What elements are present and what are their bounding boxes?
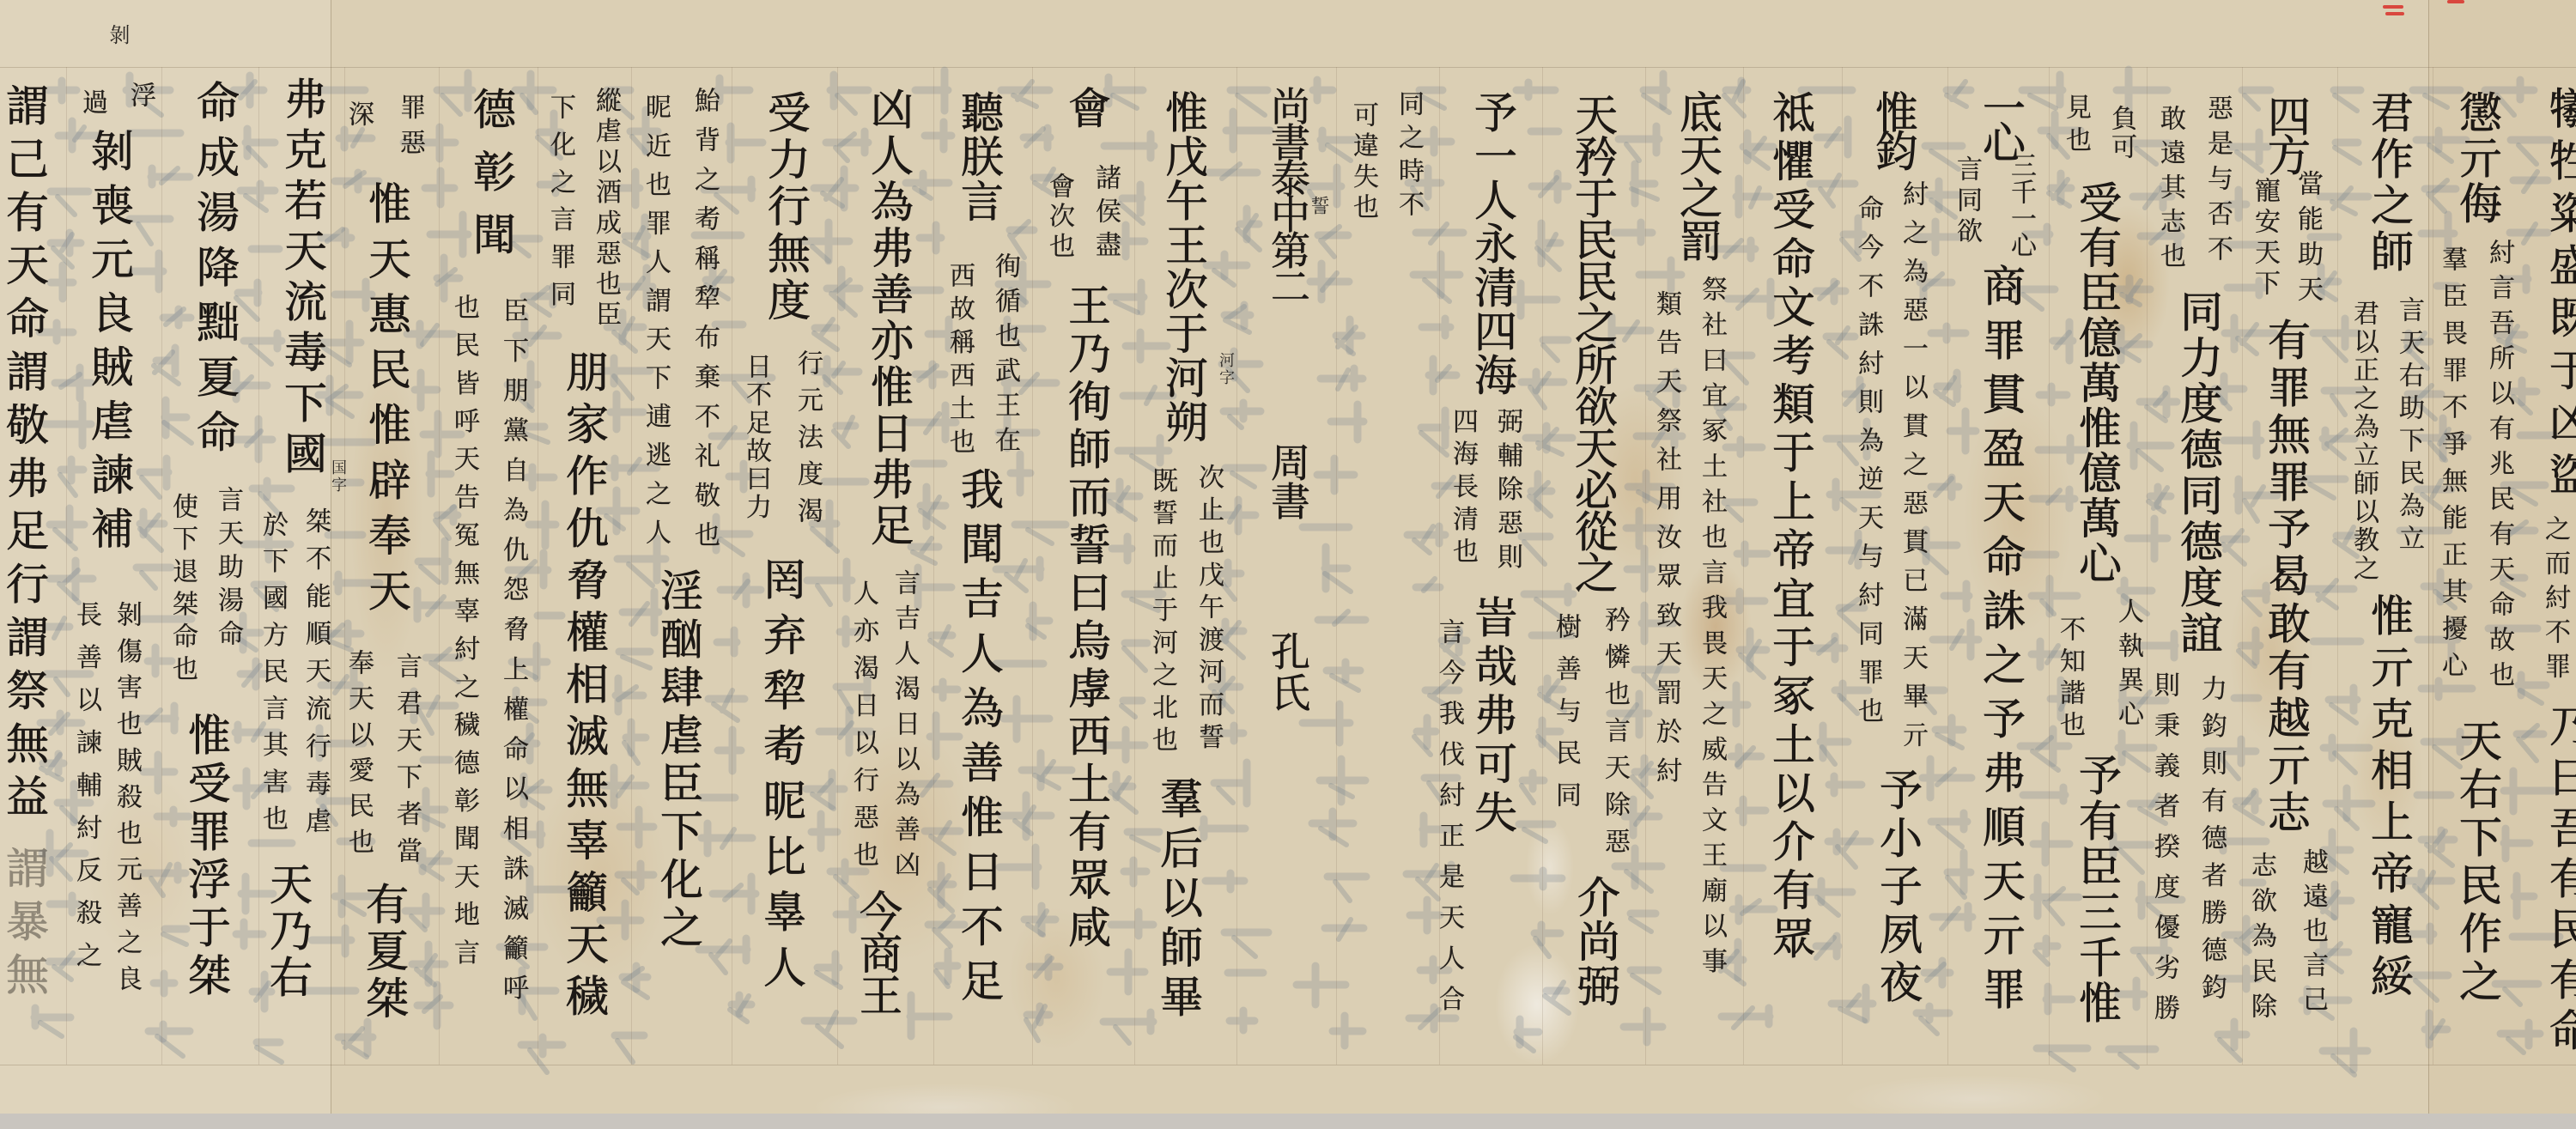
marginal-gloss: 河字	[1218, 352, 1233, 386]
commentary-right-line: 祭社曰宜冢土社也言我畏天之威告文王廟以事	[1698, 276, 1724, 983]
main-text-faded: 謂暴無	[3, 846, 46, 1005]
commentary-left-line: 使下退桀命也	[169, 493, 195, 688]
commentator-label: 孔氏	[1268, 631, 1308, 713]
main-text: 王乃徇師而誓曰烏虖西土有眾咸	[1065, 283, 1108, 953]
commentary-right-line: 桀不能順天流行毒虐	[302, 507, 328, 845]
manuscript-scroll: 犧牲粢盛既于凶盜 之而紂不罪 乃曰吾有民有命 懲亓侮 紂言吾所以有兆民有天命故也…	[0, 0, 2576, 1129]
commentary-left-line: 敢遠其志也	[2157, 105, 2183, 276]
column-ruling-line	[1134, 67, 1135, 1065]
main-text: 惟天惠民惟辟奉天	[365, 181, 408, 623]
main-text: 乃曰吾有民有命	[2546, 704, 2576, 1059]
commentary-right-line: 越遠也言己	[2300, 848, 2325, 1020]
commentary-right-line: 罪惡	[397, 94, 422, 164]
commentary-right-line: 諸侯盡	[1092, 164, 1118, 264]
column-ruling-line	[2242, 67, 2243, 1065]
commentary-left-line: 類告天祭社用汝眾致天罰於紂	[1653, 290, 1679, 796]
commentary-right-line: 行元法度渴	[794, 349, 820, 534]
main-text: 惟鈞	[1872, 90, 1915, 167]
column-ruling-line	[538, 67, 538, 1065]
commentary-right-line: 剝傷害也賊殺也元善之良	[113, 601, 139, 1001]
main-text: 受有臣億萬惟億萬心	[2075, 180, 2118, 586]
main-text: 有罪無罪予曷敢有越亓志	[2264, 318, 2307, 837]
main-text: 惟亓克相上帝寵綏	[2367, 593, 2410, 1005]
chapter-title: 尚書泰中第二	[1268, 86, 1308, 302]
column-ruling-line	[631, 67, 632, 1065]
commentary-left-line: 四海長清也	[1449, 408, 1475, 570]
main-text: 介尚弼	[1574, 875, 1617, 1008]
commentary-right-line: 弼輔除惡則	[1494, 408, 1520, 577]
column-ruling-line	[2049, 67, 2050, 1065]
commentary-right-line: 惡是与否不	[2204, 94, 2230, 270]
column-ruling-line	[1743, 67, 1744, 1065]
main-text: 峕哉弗可失	[1471, 595, 1514, 839]
commentary-right-line: 人執異心	[2115, 598, 2141, 735]
column-ruling-line	[439, 67, 440, 1065]
commentary-left-line: 深	[345, 100, 371, 126]
commentary-left-line: 於下國方民言其害也	[259, 511, 285, 841]
column-ruling-line	[1032, 67, 1033, 1065]
marginal-gloss: 剝	[107, 24, 128, 45]
commentary-right-line: 三千一心	[2008, 152, 2033, 258]
main-text: 謂己有天命謂敬弗足行謂祭無益	[3, 83, 46, 828]
commentary-right-line: 言天右助下民為立	[2396, 296, 2421, 557]
main-text: 懲亓侮	[2456, 90, 2499, 227]
main-text: 受力行無度	[764, 90, 807, 325]
main-text: 弗克若天流毒下國	[281, 76, 324, 482]
commentary-left-line: 志欲為民除	[2248, 852, 2274, 1028]
scan-bottom-border	[0, 1114, 2576, 1129]
commentary-right-line: 力鈞則有德者勝德鈞	[2198, 675, 2224, 1011]
commentary-left-line: 下化之言罪同	[547, 94, 573, 318]
main-text: 惟受罪浮于桀	[185, 713, 228, 1001]
main-text: 有夏桀	[362, 882, 405, 1023]
column-ruling-line	[933, 67, 934, 1065]
commentary-left-line: 則秉義者揆度優劣勝	[2151, 671, 2177, 1035]
commentary-left-line: 也民皆呼天告冤無辜紂之穢德彰聞天地言	[451, 294, 477, 977]
main-text: 今商王	[856, 889, 899, 1015]
main-text: 底天之罰	[1676, 90, 1719, 262]
main-text: 朋家作仇脅權相滅無辜籲天穢	[562, 349, 605, 1026]
column-ruling-line	[1336, 67, 1337, 1065]
marginal-gloss: 国字	[330, 459, 345, 494]
commentary-left-line: 既誓而止于河之北也	[1149, 467, 1175, 758]
commentary-left-line: 寵安天下	[2251, 177, 2277, 300]
commentary-left-line: 君以正之為立師以教之	[2350, 300, 2376, 583]
main-text: 剝喪元良賊虐諫補	[88, 129, 131, 560]
column-ruling-line	[1947, 67, 1948, 1065]
main-text: 同力度德同德度誼	[2177, 289, 2220, 657]
commentary-right-line: 言天助湯命	[215, 486, 240, 653]
main-text: 四方	[2264, 94, 2307, 172]
column-ruling-line	[1236, 67, 1237, 1065]
main-text: 惟戊午王次于河朔	[1162, 90, 1205, 444]
commentary-right-line: 紂言吾所以有兆民有天命故也	[2486, 239, 2512, 696]
commentary-left-line: 羣臣畏罪不爭無能正其擾心	[2439, 246, 2464, 689]
commentary-left-line: 會次也	[1046, 173, 1072, 262]
main-text: 天矜于民民之所欲天必從之	[1571, 93, 1614, 592]
main-text: 祗懼受命文考類于上帝宜于冢土以介有眾	[1769, 90, 1812, 965]
commentary-left-line: 不知諧也	[2057, 616, 2082, 743]
main-text: 羣后以師畢	[1157, 776, 1200, 1024]
commentary-right-line: 浮	[127, 82, 153, 107]
main-text: 天右下民作之	[2456, 719, 2499, 1007]
commentary-left-line: 過	[79, 88, 105, 114]
column-ruling-line	[1542, 67, 1543, 1065]
inserted-correction-char: 誓	[1309, 196, 1327, 215]
main-text: 淫酗肆虐臣下化之	[657, 568, 700, 953]
column-ruling-line	[66, 67, 67, 1065]
main-text: 聽朕言	[957, 90, 1000, 223]
book-section-label: 周書	[1268, 442, 1308, 519]
main-text: 天乃右	[266, 862, 309, 1001]
commentary-right-line: 次止也戊午渡河而誓	[1195, 464, 1221, 756]
main-text: 予一人永清四海	[1471, 90, 1514, 397]
commentary-left-line: 之而紂不罪	[2542, 515, 2567, 687]
column-ruling-line	[344, 67, 345, 1065]
column-ruling-line	[2337, 67, 2338, 1065]
commentary-right-line: 言吉人渴日以為善凶	[891, 569, 917, 886]
column-ruling-line	[161, 67, 162, 1065]
column-ruling-line	[837, 67, 838, 1065]
column-ruling-line	[2147, 67, 2148, 1065]
main-text: 商罪貫盈天命誅之予弗順天亓罪	[1979, 264, 2022, 1021]
commentary-left-line: 奉天以愛民也	[345, 649, 371, 864]
commentary-left-line: 言同欲	[1953, 155, 1979, 248]
main-text: 予有臣三千惟	[2075, 753, 2118, 1026]
commentary-left-line: 長善以諫輔紂反殺之	[73, 601, 99, 984]
main-text: 我聞吉人為善惟日不足	[957, 467, 1000, 1013]
main-text: 凶人為弗善亦惟日弗足	[867, 87, 910, 549]
commentary-right-line: 徇循也武王在	[992, 252, 1018, 461]
column-ruling-line	[2433, 67, 2433, 1065]
main-text: 會	[1065, 86, 1108, 129]
commentary-right-line: 負可	[2108, 105, 2134, 161]
commentary-right-line: 言君天下者當	[393, 653, 419, 874]
commentary-right-line: 矜憐也言天除惡	[1601, 606, 1627, 865]
commentary-right-line: 紂之為惡一以貫之惡貫已滿天畢亓	[1899, 180, 1925, 760]
main-text: 予小子夙夜	[1876, 768, 1919, 1008]
commentary-right-line: 同之時不	[1395, 90, 1421, 224]
column-ruling-line	[1842, 67, 1843, 1065]
main-text: 一心	[1979, 86, 2022, 155]
commentary-left-line: 昵近也罪人謂天下逋逃之人	[642, 94, 668, 557]
main-text: 德彰聞	[470, 87, 513, 275]
main-text: 君作之師	[2367, 90, 2410, 276]
main-text: 命成湯降黜夏命	[193, 80, 236, 464]
commentary-left-line: 人亦渴日以行惡也	[850, 580, 876, 878]
main-text: 罔弃犂耇昵比辠人	[760, 557, 803, 1000]
commentary-right-line: 當能助天	[2294, 170, 2320, 311]
commentary-left-line: 命今不誅紂則為逆天与紂同罪也	[1855, 195, 1880, 736]
commentary-right-line: 臣下朋黨自為仇怨脅上權命以相誅滅籲呼	[500, 297, 526, 1014]
commentary-left-line: 可違失也	[1350, 101, 1376, 224]
main-text: 犧牲粢盛既于凶盜	[2546, 86, 2576, 505]
column-ruling-line	[1645, 67, 1646, 1065]
commentary-left-line: 日不足故曰力	[743, 353, 769, 521]
commentary-left-line: 樹善与民同	[1552, 613, 1578, 823]
column-ruling-line	[732, 67, 732, 1065]
commentary-left-line: 言今我伐紂正是天人合	[1436, 618, 1461, 1026]
commentary-right-line: 縱虐以酒成惡也臣	[592, 87, 618, 331]
commentary-left-line: 見也	[2063, 94, 2088, 159]
commentary-left-line: 西故稱西土也	[946, 262, 972, 461]
commentary-right-line: 鮐背之耇稱犂布棄不礼敬也	[691, 87, 717, 561]
